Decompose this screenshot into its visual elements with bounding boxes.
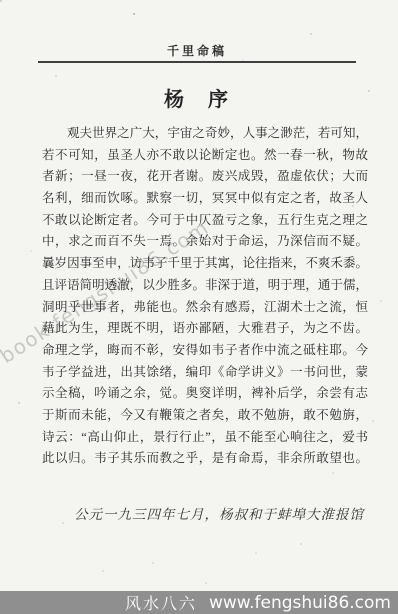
- body-line: 诗云：“高山仰止，景行行止”，虽不能至心响往之，爱书: [42, 427, 368, 449]
- body-line: 名利，细而饮啄。默察一切，冥冥中似有定之者，故圣人: [42, 188, 368, 210]
- body-line: 若不可知，虽圣人亦不敢以论断定也。然一春一秋，物故: [42, 145, 368, 167]
- site-url-label: www.fengshui86.com: [209, 593, 391, 613]
- scanned-book-page: book.fengshui86.com 千里命稿 杨 序 观夫世界之广大，宇宙之…: [0, 0, 398, 614]
- body-line: 于斯而未能，今又有鞭策之者矣，敢不勉旃，敢不勉旃，: [42, 405, 368, 427]
- author-signature-line: 公元一九三四年七月，杨叔和于蚌埠大淮报馆: [42, 503, 364, 523]
- page-title: 杨 序: [38, 83, 356, 112]
- body-line: 观夫世界之广大，宇宙之奇妙，人事之渺茫，若可知，: [42, 123, 368, 145]
- body-line: 韦子学益进，出其馀绪，编印《命学讲义》一书问世，蒙: [42, 362, 368, 384]
- site-name-label: 风水八六: [125, 591, 197, 614]
- body-line: 者新；一昼一夜，花开者谢。废兴成毁，盈虚依伏；大而: [42, 166, 368, 188]
- body-line: 且评语简明透澈，以少胜多。非深于道，明于理，通于儒，: [42, 275, 368, 297]
- scan-noise-specks: [0, 0, 2, 2]
- body-line: 命理之学，晦而不彰，安得如韦子者作中流之砥柱耶。今: [42, 340, 368, 362]
- body-line: 藉此为生，理既不明，语亦鄙陋，大雅君子，为之不齿。: [42, 318, 368, 340]
- body-line: 此以归。韦子其乐而教之乎，是有命焉，非余所敢望也。: [42, 448, 368, 470]
- body-line: 中，求之而百不失一焉。余始对于命运，乃深信而不疑。: [42, 231, 368, 253]
- body-line: 洞明乎世事者，弗能也。然余有感焉，江湖术士之流，恒: [42, 297, 368, 319]
- body-line: 不敢以论断定者。今可于中仄盈亏之象，五行生克之理之: [42, 210, 368, 232]
- running-header-book-title: 千里命稿: [38, 42, 356, 59]
- site-branding-bar: 风水八六 www.fengshui86.com: [0, 591, 398, 614]
- body-line: 曩岁因事至申，访韦子千里于其寓，论往指来，不爽禾黍。: [42, 253, 368, 275]
- preface-body-text: 观夫世界之广大，宇宙之奇妙，人事之渺茫，若可知， 若不可知，虽圣人亦不敢以论断定…: [42, 123, 368, 470]
- body-line: 示全稿，吟诵之余，觉。奥窔详明，裨补后学，余尝有志: [42, 383, 368, 405]
- header-divider-line: [38, 61, 356, 63]
